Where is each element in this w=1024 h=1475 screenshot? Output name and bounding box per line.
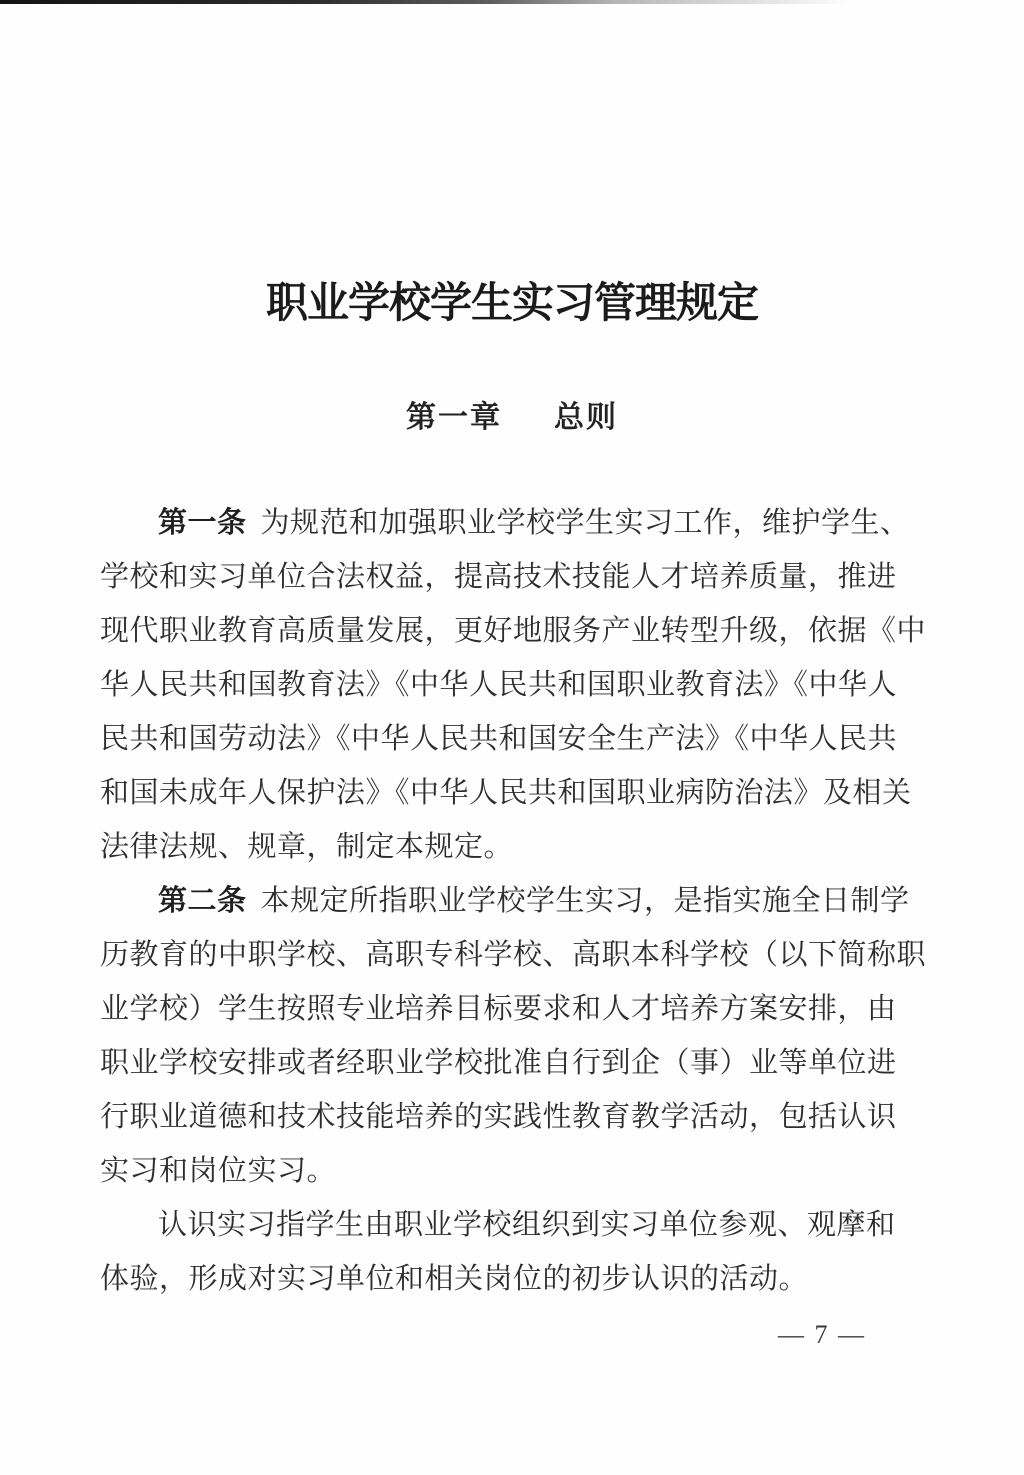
body-line-text: 职业学校安排或者经职业学校批准自行到企（事）业等单位进 xyxy=(100,1047,897,1079)
body-line-text: 学校和实习单位合法权益，提高技术技能人才培养质量，推进 xyxy=(100,561,897,593)
body-line: 第二条本规定所指职业学校学生实习，是指实施全日制学 xyxy=(100,874,890,928)
body-line-text: 实习和岗位实习。 xyxy=(100,1155,336,1187)
body-line-text: 法律法规、规章，制定本规定。 xyxy=(100,831,513,863)
document-body: 第一条为规范和加强职业学校学生实习工作，维护学生、 学校和实习单位合法权益，提高… xyxy=(100,496,890,1306)
body-line-text: 本规定所指职业学校学生实习，是指实施全日制学 xyxy=(261,885,910,917)
body-line-text: 体验，形成对实习单位和相关岗位的初步认识的活动。 xyxy=(100,1263,808,1295)
body-line-text: 民共和国劳动法》《中华人民共和国安全生产法》《中华人民共 xyxy=(100,723,897,755)
body-line-text: 为规范和加强职业学校学生实习工作，维护学生、 xyxy=(261,507,910,539)
body-line: 行职业道德和技术技能培养的实践性教育教学活动，包括认识 xyxy=(100,1090,890,1144)
chapter-number: 第一章 xyxy=(406,401,502,434)
chapter-name: 总则 xyxy=(554,401,618,434)
chapter-heading: 第一章总则 xyxy=(0,392,1024,436)
body-line: 法律法规、规章，制定本规定。 xyxy=(100,820,890,874)
body-line: 民共和国劳动法》《中华人民共和国安全生产法》《中华人民共 xyxy=(100,712,890,766)
body-line: 历教育的中职学校、高职专科学校、高职本科学校（以下简称职 xyxy=(100,928,890,982)
body-line-text: 和国未成年人保护法》《中华人民共和国职业病防治法》及相关 xyxy=(100,777,912,809)
body-line: 和国未成年人保护法》《中华人民共和国职业病防治法》及相关 xyxy=(100,766,890,820)
body-line: 体验，形成对实习单位和相关岗位的初步认识的活动。 xyxy=(100,1252,890,1306)
body-line: 第一条为规范和加强职业学校学生实习工作，维护学生、 xyxy=(100,496,890,550)
body-line: 实习和岗位实习。 xyxy=(100,1144,890,1198)
body-line: 华人民共和国教育法》《中华人民共和国职业教育法》《中华人 xyxy=(100,658,890,712)
body-line-text: 历教育的中职学校、高职专科学校、高职本科学校（以下简称职 xyxy=(100,939,926,971)
article-number-label: 第二条 xyxy=(158,885,247,917)
scanned-document-page: 职业学校学生实习管理规定 第一章总则 第一条为规范和加强职业学校学生实习工作，维… xyxy=(0,0,1024,1475)
body-line-text: 业学校）学生按照专业培养目标要求和人才培养方案安排，由 xyxy=(100,993,897,1025)
body-line: 现代职业教育高质量发展，更好地服务产业转型升级，依据《中 xyxy=(100,604,890,658)
body-line: 业学校）学生按照专业培养目标要求和人才培养方案安排，由 xyxy=(100,982,890,1036)
article-number-label: 第一条 xyxy=(158,507,247,539)
body-line-text: 行职业道德和技术技能培养的实践性教育教学活动，包括认识 xyxy=(100,1101,897,1133)
body-line-text: 认识实习指学生由职业学校组织到实习单位参观、观摩和 xyxy=(158,1209,896,1241)
body-line: 认识实习指学生由职业学校组织到实习单位参观、观摩和 xyxy=(100,1198,890,1252)
body-line: 学校和实习单位合法权益，提高技术技能人才培养质量，推进 xyxy=(100,550,890,604)
body-line-text: 华人民共和国教育法》《中华人民共和国职业教育法》《中华人 xyxy=(100,669,897,701)
body-line: 职业学校安排或者经职业学校批准自行到企（事）业等单位进 xyxy=(100,1036,890,1090)
document-title: 职业学校学生实习管理规定 xyxy=(0,270,1024,330)
body-line-text: 现代职业教育高质量发展，更好地服务产业转型升级，依据《中 xyxy=(100,615,926,647)
page-number: — 7 — xyxy=(778,1320,866,1350)
scan-artifact-top-edge xyxy=(0,0,1024,4)
